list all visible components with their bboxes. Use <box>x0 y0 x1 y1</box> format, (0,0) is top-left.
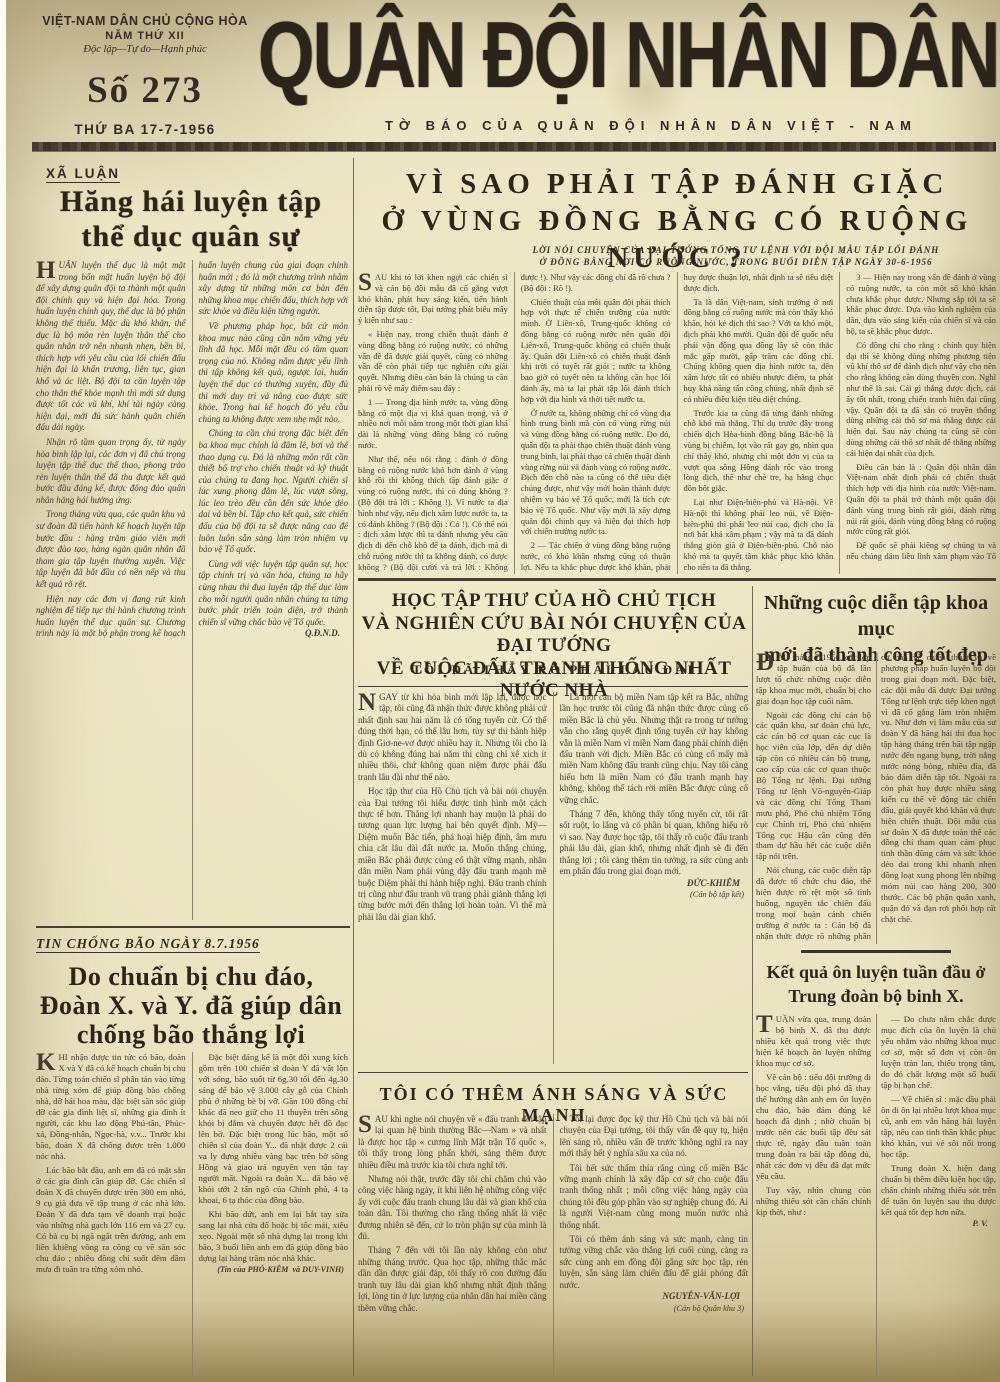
paper-background: VIỆT-NAM DÂN CHỦ CỘNG HÒA NĂM THỨ XII Độ… <box>6 0 1000 1382</box>
divider-above-week-results <box>801 950 951 953</box>
issue-date: THỨ BA 17-7-1956 <box>30 122 260 137</box>
study-feature-signature: ĐỨC-KHIÊM <box>560 878 749 889</box>
storm-news-body: KHI nhận được tin tức có bão, đoàn X và … <box>36 1052 348 1378</box>
study-feature-body: NGAY từ khi hòa bình mới lập lại, được h… <box>358 692 748 1064</box>
week-results-signature: P. V. <box>881 1218 996 1229</box>
divider-above-reader2 <box>358 1072 748 1073</box>
reader2-body: SAU khi nghe nói chuyện về « đấu tranh đ… <box>358 1114 748 1376</box>
reader2-paragraphs: SAU khi nghe nói chuyện về « đấu tranh đ… <box>358 1114 748 1317</box>
storm-news-headline: Do chuẩn bị chu đáo,Đoàn X. và Y. đã giú… <box>30 962 352 1049</box>
divider-under-main-article <box>358 578 996 581</box>
main-article-subtitle: LỜI NÓI CHUYỆN CỦA ĐẠI TƯỚNG TỔNG TƯ LỆN… <box>476 244 996 268</box>
issue-info-block: VIỆT-NAM DÂN CHỦ CỘNG HÒA NĂM THỨ XII Độ… <box>30 14 260 137</box>
reader2-signature-role: (Cán bộ Quân khu 3) <box>560 1303 749 1314</box>
study-feature-subhead: TÔI ĐÃ THẤY RÕ PHẢI LÂU DÀI <box>358 662 750 678</box>
editorial-paragraphs: HUẤN luyện thể dục là một mặt trong bốn … <box>36 260 348 642</box>
publication-year-line: NĂM THỨ XII <box>30 30 260 42</box>
national-motto: Độc lập—Tự do—Hạnh phúc <box>30 44 260 55</box>
week-results-headline: Kết quả ôn luyện tuần đầu ởTrung đoàn bộ… <box>756 960 996 1008</box>
masthead-subtitle: TỜ BÁO CỦA QUÂN ĐỘI NHÂN DÂN VIỆT - NAM <box>306 118 996 133</box>
divider-right-rail <box>752 586 753 1376</box>
reader2-signature: NGUYỄN-VĂN-LỢI <box>560 1291 749 1302</box>
week-results-body: TUẦN vừa qua, trung đoàn bộ binh X. đã t… <box>756 1014 996 1376</box>
newspaper-page: VIỆT-NAM DÂN CHỦ CỘNG HÒA NĂM THỨ XII Độ… <box>0 0 1000 1382</box>
issue-number: Số 273 <box>30 69 260 112</box>
study-feature-headline: HỌC TẬP THƯ CỦA HỒ CHỦ TỊCHVÀ NGHIÊN CỨU… <box>358 590 750 703</box>
study-feature-signature-role: (Cán bộ tập kết) <box>560 889 749 900</box>
main-article-paragraphs: SAU khi tỏ lời khen ngợi các chiến sĩ và… <box>358 272 996 574</box>
week-results-paragraphs: TUẦN vừa qua, trung đoàn bộ binh X. đã t… <box>756 1014 996 1229</box>
exercises-body: ĐẦU tháng 7-1956, các lớp tập huấn của b… <box>756 652 996 944</box>
main-article-body: SAU khi tỏ lời khen ngợi các chiến sĩ và… <box>358 272 996 574</box>
divider-left-rail <box>353 158 354 1376</box>
storm-news-signature: (Tin của PHÓ-KIÊM và DUY-VINH) <box>199 1264 349 1275</box>
masthead-rule <box>32 142 996 151</box>
editorial-headline: Hăng hái luyện tậpthể dục quân sự <box>32 184 350 254</box>
divider-under-editorial <box>36 926 350 928</box>
masthead-title: QUÂN ĐỘI NHÂN DÂN <box>254 1 1000 111</box>
editorial-kicker: XÃ LUẬN <box>46 166 120 183</box>
country-name: VIỆT-NAM DÂN CHỦ CỘNG HÒA <box>30 14 260 28</box>
storm-news-kicker: TIN CHỐNG BÃO NGÀY 8.7.1956 <box>36 936 260 953</box>
editorial-body: HUẤN luyện thể dục là một mặt trong bốn … <box>36 260 348 920</box>
storm-news-paragraphs: KHI nhận được tin tức có bão, đoàn X và … <box>36 1052 348 1278</box>
exercises-paragraphs: ĐẦU tháng 7-1956, các lớp tập huấn của b… <box>756 652 996 944</box>
editorial-signature: Q.Đ.N.D. <box>199 628 349 640</box>
